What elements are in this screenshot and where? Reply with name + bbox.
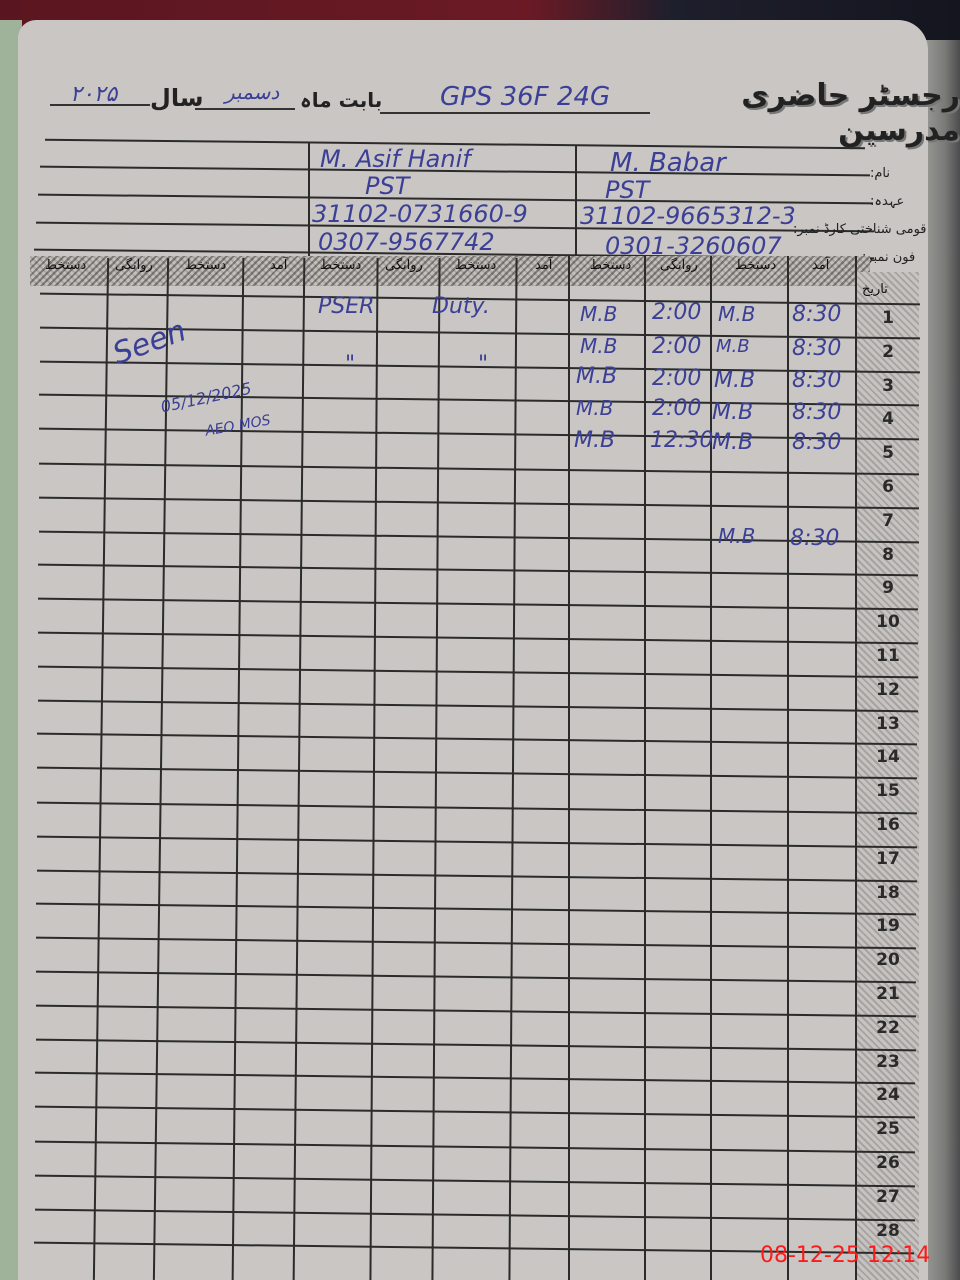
day-number: 22 bbox=[860, 1018, 916, 1038]
grid-line bbox=[787, 256, 789, 1280]
entry-sign-out: M.B bbox=[576, 396, 613, 420]
entry-arrival: 8:30 bbox=[792, 368, 841, 393]
entry-note: PSER bbox=[318, 294, 374, 319]
teacher-1-name: M. Asif Hanif bbox=[320, 145, 471, 173]
entry-sign-in: M.B bbox=[712, 430, 753, 455]
day-number: 13 bbox=[860, 714, 916, 734]
col-arrival: آمد bbox=[535, 258, 552, 273]
label-designation: عہدہ: bbox=[870, 194, 904, 209]
entry-sign-in: M.B bbox=[712, 400, 753, 425]
entry-sign-out: M.B bbox=[576, 364, 617, 389]
day-number: 18 bbox=[860, 883, 916, 903]
entry-arrival: 8:30 bbox=[790, 526, 839, 551]
month-value: دسمبر bbox=[225, 80, 279, 104]
teacher-2-designation: PST bbox=[605, 176, 649, 204]
entry-sign-in: M.B bbox=[718, 302, 755, 326]
teacher-1-designation: PST bbox=[365, 172, 409, 200]
teacher-1-phone: 0307-9567742 bbox=[318, 228, 495, 256]
entry-arrival: 8:30 bbox=[792, 336, 841, 361]
grid-line bbox=[644, 256, 646, 1280]
register-title: رجسٹر حاضری مدرسین bbox=[650, 78, 960, 148]
camera-timestamp: 08-12-25 12:14 bbox=[760, 1243, 930, 1268]
day-number: 3 bbox=[860, 376, 916, 396]
day-number: 27 bbox=[860, 1187, 916, 1207]
ditto-mark: " bbox=[478, 352, 488, 377]
day-number: 26 bbox=[860, 1153, 916, 1173]
col-departure: روانگی bbox=[660, 258, 698, 273]
col-sign: دستخط bbox=[320, 258, 361, 273]
info-divider bbox=[575, 145, 577, 260]
col-sign: دستخط bbox=[455, 258, 496, 273]
ditto-mark: " bbox=[345, 352, 355, 377]
day-number: 4 bbox=[860, 409, 916, 429]
label-name: نام: bbox=[870, 166, 890, 181]
day-number: 6 bbox=[860, 477, 916, 497]
day-number: 25 bbox=[860, 1119, 916, 1139]
col-arrival: آمد bbox=[812, 258, 829, 273]
day-number: 20 bbox=[860, 950, 916, 970]
day-number: 19 bbox=[860, 916, 916, 936]
teacher-2-cnic: 31102-9665312-3 bbox=[580, 202, 796, 230]
entry-departure: 2:00 bbox=[652, 366, 701, 391]
day-number: 15 bbox=[860, 781, 916, 801]
col-arrival: آمد bbox=[270, 258, 287, 273]
day-number: 24 bbox=[860, 1085, 916, 1105]
day-number: 16 bbox=[860, 815, 916, 835]
col-sign: دستخط bbox=[735, 258, 776, 273]
day-number: 5 bbox=[860, 443, 916, 463]
day-number: 11 bbox=[860, 646, 916, 666]
day-number: 1 bbox=[860, 308, 916, 328]
school-underline bbox=[380, 112, 650, 114]
school-name: GPS 36F 24G bbox=[440, 82, 610, 112]
day-number: 21 bbox=[860, 984, 916, 1004]
day-number: 14 bbox=[860, 747, 916, 767]
grid-line bbox=[855, 256, 857, 1280]
teacher-2-name: M. Babar bbox=[610, 148, 726, 178]
entry-arrival: 8:30 bbox=[792, 400, 841, 425]
col-sign: دستخط bbox=[590, 258, 631, 273]
month-underline bbox=[195, 108, 295, 110]
entry-arrival: 8:30 bbox=[792, 430, 841, 455]
col-departure: روانگی bbox=[115, 258, 153, 273]
entry-departure: 2:00 bbox=[652, 300, 701, 325]
col-sign: دستخط bbox=[45, 258, 86, 273]
entry-sign-in: M.B bbox=[716, 336, 750, 357]
entry-note: Duty. bbox=[432, 294, 490, 319]
col-departure: روانگی bbox=[385, 258, 423, 273]
grid-line bbox=[568, 256, 570, 1280]
entry-departure: 2:00 bbox=[652, 396, 701, 421]
day-number: 17 bbox=[860, 849, 916, 869]
day-number: 8 bbox=[860, 545, 916, 565]
entry-departure: 2:00 bbox=[652, 334, 701, 359]
day-number: 28 bbox=[860, 1221, 916, 1241]
entry-sign-in: M.B bbox=[718, 524, 755, 548]
teacher-1-cnic: 31102-0731660-9 bbox=[312, 200, 528, 228]
entry-sign-out: M.B bbox=[580, 334, 617, 358]
day-number: 9 bbox=[860, 578, 916, 598]
entry-sign-out: M.B bbox=[574, 428, 615, 453]
year-underline bbox=[50, 104, 150, 106]
col-sign: دستخط bbox=[185, 258, 226, 273]
day-number: 2 bbox=[860, 342, 916, 362]
entry-departure: 12:30 bbox=[650, 428, 713, 453]
year-label: سال bbox=[150, 84, 203, 112]
day-number: 23 bbox=[860, 1052, 916, 1072]
info-divider bbox=[308, 143, 310, 258]
entry-arrival: 8:30 bbox=[792, 302, 841, 327]
day-number: 7 bbox=[860, 511, 916, 531]
day-number: 12 bbox=[860, 680, 916, 700]
label-cnic: قومی شناختی کارڈ نمبر: bbox=[793, 222, 927, 237]
entry-sign-in: M.B bbox=[714, 368, 755, 393]
day-number: 10 bbox=[860, 612, 916, 632]
month-label: بابت ماہ bbox=[300, 88, 382, 112]
entry-sign-out: M.B bbox=[580, 302, 617, 326]
col-date: تاریخ bbox=[862, 282, 888, 297]
